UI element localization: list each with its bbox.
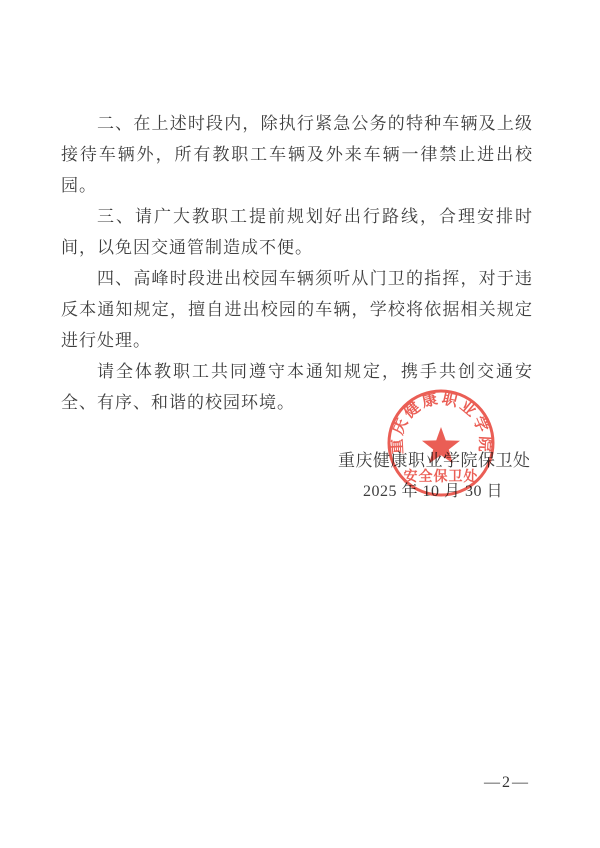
page-number: —2— xyxy=(484,774,530,792)
paragraph-item-4: 四、高峰时段进出校园车辆须听从门卫的指挥，对于违反本通知规定，擅自进出校园的车辆… xyxy=(61,263,533,356)
paragraph-item-2: 二、在上述时段内，除执行紧急公务的特种车辆及上级接待车辆外，所有教职工车辆及外来… xyxy=(61,108,533,201)
signature-organization: 重庆健康职业学院保卫处 xyxy=(338,446,528,471)
paragraph-closing: 请全体教职工共同遵守本通知规定，携手共创交通安全、有序、和谐的校园环境。 xyxy=(61,356,533,418)
document-page: 二、在上述时段内，除执行紧急公务的特种车辆及上级接待车辆外，所有教职工车辆及外来… xyxy=(0,0,600,848)
paragraph-item-3: 三、请广大教职工提前规划好出行路线，合理安排时间，以免因交通管制造成不便。 xyxy=(61,201,533,263)
signature-date: 2025 年 10 月 30 日 xyxy=(338,478,528,501)
notice-body: 二、在上述时段内，除执行紧急公务的特种车辆及上级接待车辆外，所有教职工车辆及外来… xyxy=(61,108,533,418)
